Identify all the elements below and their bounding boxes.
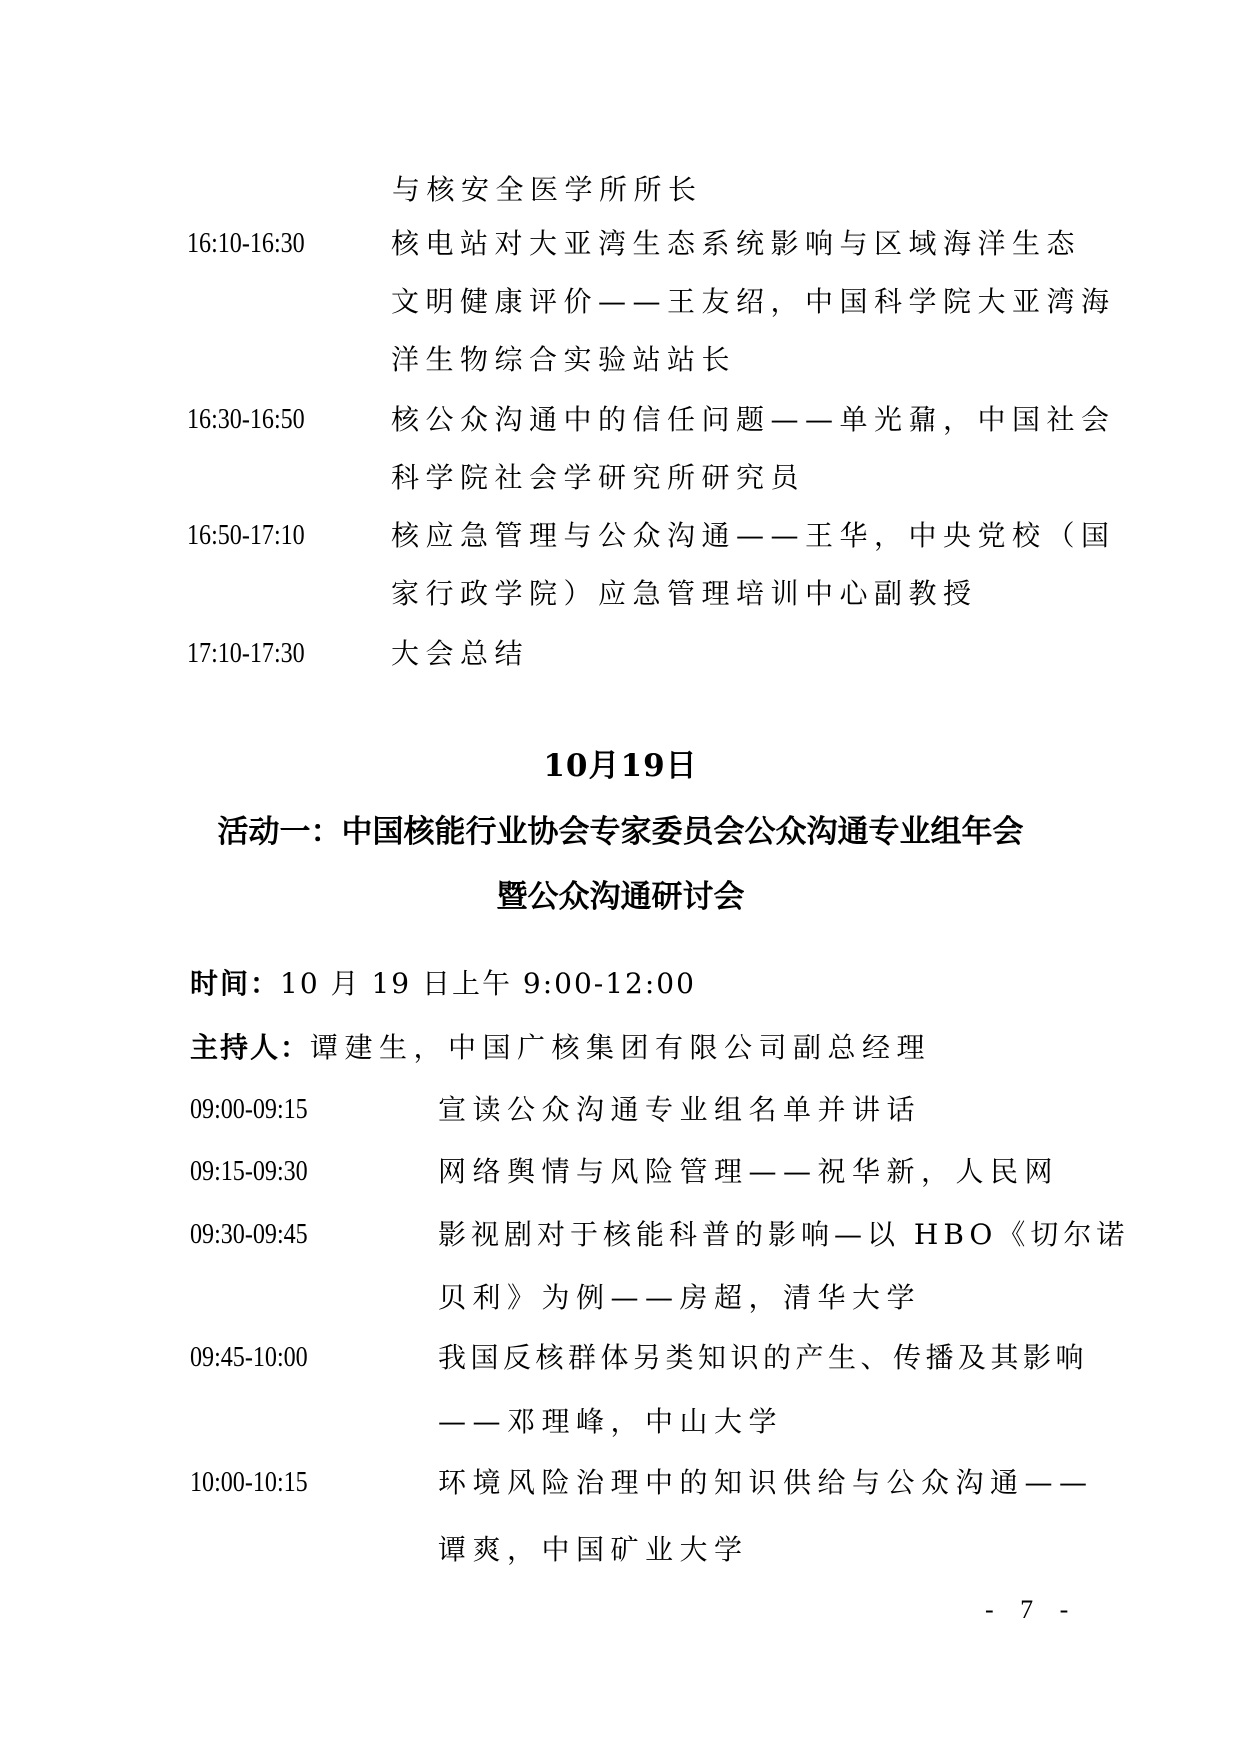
agenda-time: 17:10-17:30 <box>187 636 305 672</box>
session-host-value: 谭建生，中国广核集团有限公司副总经理 <box>310 1031 931 1064</box>
session-host-row: 主持人：谭建生，中国广核集团有限公司副总经理 <box>190 1030 931 1066</box>
agenda-time: 10:00-10:15 <box>190 1465 308 1501</box>
agenda-description-line: 贝利》为例——房超，清华大学 <box>438 1280 921 1316</box>
page-number: - 7 - <box>985 1594 1078 1626</box>
agenda-description-line: 环境风险治理中的知识供给与公众沟通—— <box>438 1465 1094 1501</box>
agenda-time: 09:30-09:45 <box>190 1217 308 1253</box>
agenda-description-line: ——邓理峰，中山大学 <box>438 1404 783 1440</box>
date-heading: 10月19日 <box>0 746 1241 786</box>
agenda-description-line: 大会总结 <box>391 636 529 672</box>
session-time-value: 10 月 19 日上午 9:00-12:00 <box>280 967 696 1000</box>
agenda-description-line: 文明健康评价——王友绍，中国科学院大亚湾海 <box>391 284 1116 320</box>
session-time-row: 时间：10 月 19 日上午 9:00-12:00 <box>190 966 696 1002</box>
agenda-description-line: 科学院社会学研究所研究员 <box>391 460 805 496</box>
activity-title-line1: 活动一：中国核能行业协会专家委员会公众沟通专业组年会 <box>0 812 1241 852</box>
agenda-time: 09:15-09:30 <box>190 1154 308 1190</box>
agenda-description-line: 核公众沟通中的信任问题——单光鼐，中国社会 <box>391 402 1116 438</box>
agenda-description-line: 影视剧对于核能科普的影响—以 HBO《切尔诺 <box>438 1217 1129 1253</box>
agenda-time: 16:50-17:10 <box>187 518 305 554</box>
agenda-time: 09:00-09:15 <box>190 1092 308 1128</box>
agenda-time: 16:10-16:30 <box>187 226 305 262</box>
agenda-description-line: 核电站对大亚湾生态系统影响与区域海洋生态 <box>391 226 1081 262</box>
session-time-label: 时间： <box>190 967 280 1000</box>
session-host-label: 主持人： <box>190 1031 310 1064</box>
agenda-description-line: 核应急管理与公众沟通——王华，中央党校（国 <box>391 518 1116 554</box>
agenda-description-line: 网络舆情与风险管理——祝华新，人民网 <box>438 1154 1059 1190</box>
agenda-description-line: 家行政学院）应急管理培训中心副教授 <box>391 576 978 612</box>
agenda-time: 09:45-10:00 <box>190 1340 308 1376</box>
agenda-carryover-line: 与核安全医学所所长 <box>392 172 703 208</box>
agenda-time: 16:30-16:50 <box>187 402 305 438</box>
agenda-description-line: 宣读公众沟通专业组名单并讲话 <box>438 1092 921 1128</box>
agenda-description-line: 洋生物综合实验站站长 <box>391 342 736 378</box>
activity-title-line2: 暨公众沟通研讨会 <box>0 877 1241 917</box>
agenda-description-line: 谭爽，中国矿业大学 <box>438 1532 749 1568</box>
document-page: 与核安全医学所所长 16:10-16:30 核电站对大亚湾生态系统影响与区域海洋… <box>0 0 1241 1755</box>
agenda-description-line: 我国反核群体另类知识的产生、传播及其影响 <box>438 1340 1088 1376</box>
